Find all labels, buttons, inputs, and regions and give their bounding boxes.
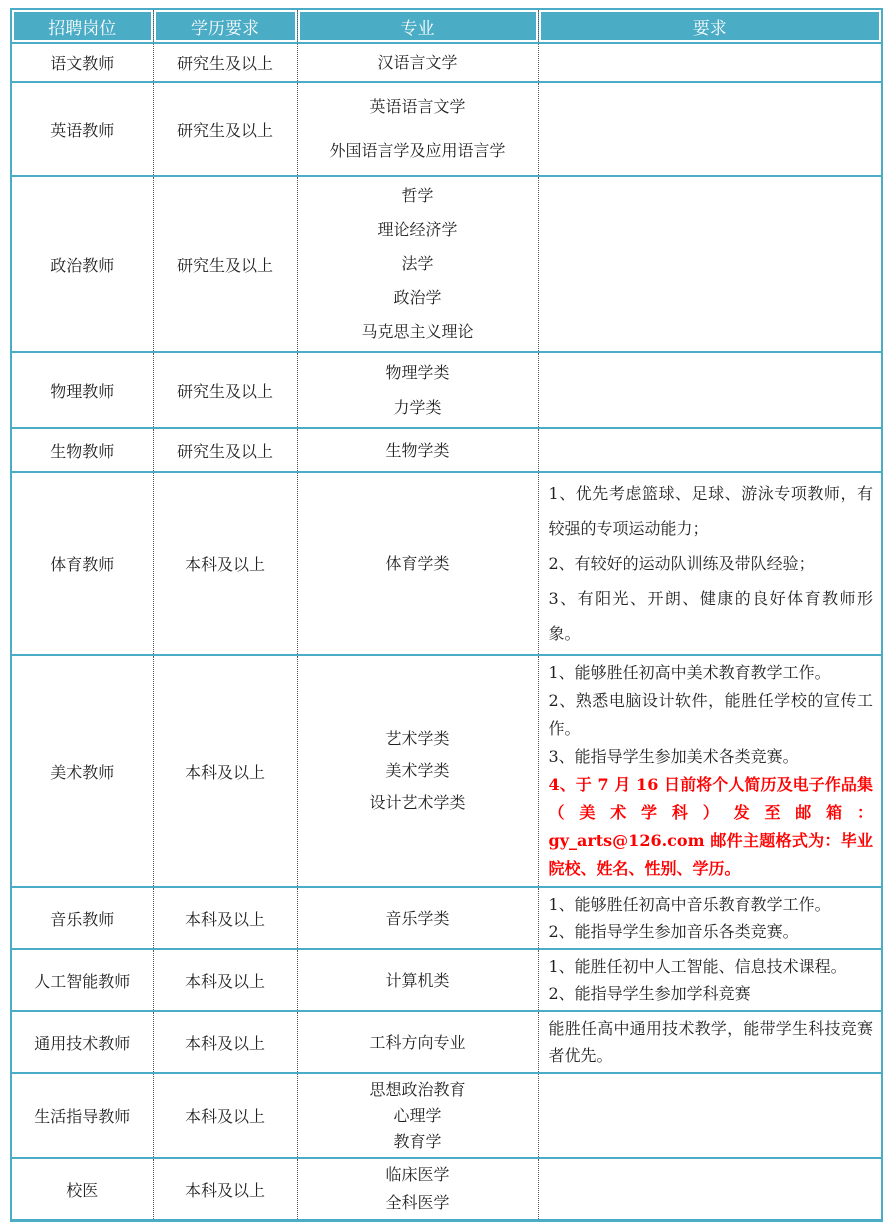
table-row: 生活指导教师 本科及以上 思想政治教育心理学教育学 [11,1073,882,1158]
education-cell: 本科及以上 [153,1158,297,1221]
requirement-item: 2、熟悉电脑设计软件，能胜任学校的宣传工作。 [549,687,874,743]
major-line: 生物学类 [302,434,534,467]
major-line: 法学 [302,247,534,281]
position-cell: 英语教师 [11,82,153,176]
table-row: 政治教师 研究生及以上 哲学理论经济学法学政治学马克思主义理论 [11,176,882,352]
major-line: 计算机类 [302,964,534,997]
position-cell: 通用技术教师 [11,1011,153,1073]
major-line: 外国语言学及应用语言学 [302,129,534,173]
education-cell: 本科及以上 [153,887,297,949]
table-row: 英语教师 研究生及以上 英语语言文学外国语言学及应用语言学 [11,82,882,176]
requirements-cell [538,352,882,428]
education-cell: 研究生及以上 [153,176,297,352]
major-line: 音乐学类 [302,902,534,935]
table-row: 美术教师 本科及以上 艺术学类美术学类设计艺术学类 1、能够胜任初高中美术教育教… [11,655,882,887]
majors-cell: 物理学类力学类 [297,352,538,428]
position-cell: 体育教师 [11,472,153,655]
table-row: 音乐教师 本科及以上 音乐学类 1、能够胜任初高中音乐教育教学工作。2、能指导学… [11,887,882,949]
major-line: 美术学类 [302,755,534,787]
education-cell: 研究生及以上 [153,43,297,82]
requirement-item: 2、有较好的运动队训练及带队经验； [549,546,874,581]
requirements-cell [538,1158,882,1221]
table-row: 人工智能教师 本科及以上 计算机类 1、能胜任初中人工智能、信息技术课程。2、能… [11,949,882,1011]
header-cell-requirements: 要求 [538,9,882,43]
requirement-item: 3、能指导学生参加美术各类竞赛。 [549,743,874,771]
table-row: 通用技术教师 本科及以上 工科方向专业 能胜任高中通用技术教学，能带学生科技竞赛… [11,1011,882,1073]
major-line: 教育学 [302,1129,534,1155]
requirements-cell [538,1073,882,1158]
major-line: 全科医学 [302,1189,534,1217]
majors-cell: 哲学理论经济学法学政治学马克思主义理论 [297,176,538,352]
requirements-cell [538,82,882,176]
table-row: 语文教师 研究生及以上 汉语言文学 [11,43,882,82]
majors-cell: 计算机类 [297,949,538,1011]
majors-cell: 音乐学类 [297,887,538,949]
header-cell-major: 专业 [297,9,538,43]
majors-cell: 英语语言文学外国语言学及应用语言学 [297,82,538,176]
major-line: 心理学 [302,1103,534,1129]
education-cell: 研究生及以上 [153,428,297,472]
requirement-item: 1、优先考虑篮球、足球、游泳专项教师，有较强的专项运动能力； [549,476,874,546]
education-cell: 本科及以上 [153,1073,297,1158]
requirements-cell [538,176,882,352]
requirements-cell: 能胜任高中通用技术教学，能带学生科技竞赛者优先。 [538,1011,882,1073]
requirements-cell [538,428,882,472]
education-cell: 本科及以上 [153,655,297,887]
position-cell: 人工智能教师 [11,949,153,1011]
position-cell: 语文教师 [11,43,153,82]
majors-cell: 艺术学类美术学类设计艺术学类 [297,655,538,887]
major-line: 临床医学 [302,1161,534,1189]
major-line: 汉语言文学 [302,46,534,79]
education-cell: 研究生及以上 [153,82,297,176]
major-line: 英语语言文学 [302,85,534,129]
table-body: 语文教师 研究生及以上 汉语言文学 英语教师 研究生及以上 英语语言文学外国语言… [11,43,882,1221]
position-cell: 政治教师 [11,176,153,352]
majors-cell: 临床医学全科医学 [297,1158,538,1221]
requirement-item: 2、能指导学生参加学科竞赛 [549,980,874,1007]
majors-cell: 体育学类 [297,472,538,655]
major-line: 设计艺术学类 [302,787,534,819]
major-line: 体育学类 [302,547,534,580]
table-header-row: 招聘岗位 学历要求 专业 要求 [11,9,882,43]
majors-cell: 思想政治教育心理学教育学 [297,1073,538,1158]
position-cell: 物理教师 [11,352,153,428]
requirement-item: 4、于 7 月 16 日前将个人简历及电子作品集（美术学科）发至邮箱：gy_ar… [549,771,874,883]
requirement-item: 1、能够胜任初高中音乐教育教学工作。 [549,891,874,918]
education-cell: 研究生及以上 [153,352,297,428]
majors-cell: 生物学类 [297,428,538,472]
education-cell: 本科及以上 [153,949,297,1011]
position-cell: 生活指导教师 [11,1073,153,1158]
major-line: 哲学 [302,179,534,213]
position-cell: 校医 [11,1158,153,1221]
majors-cell: 汉语言文学 [297,43,538,82]
major-line: 工科方向专业 [302,1026,534,1059]
position-cell: 音乐教师 [11,887,153,949]
table-row: 校医 本科及以上 临床医学全科医学 [11,1158,882,1221]
requirements-cell: 1、能够胜任初高中音乐教育教学工作。2、能指导学生参加音乐各类竞赛。 [538,887,882,949]
requirements-cell: 1、能胜任初中人工智能、信息技术课程。2、能指导学生参加学科竞赛 [538,949,882,1011]
requirement-item: 1、能够胜任初高中美术教育教学工作。 [549,659,874,687]
major-line: 力学类 [302,390,534,425]
table-row: 生物教师 研究生及以上 生物学类 [11,428,882,472]
major-line: 物理学类 [302,355,534,390]
requirement-item: 能胜任高中通用技术教学，能带学生科技竞赛者优先。 [549,1015,874,1069]
major-line: 政治学 [302,281,534,315]
recruitment-table: 招聘岗位 学历要求 专业 要求 语文教师 研究生及以上 汉语言文学 英语教师 研… [10,8,883,1222]
table-row: 物理教师 研究生及以上 物理学类力学类 [11,352,882,428]
position-cell: 生物教师 [11,428,153,472]
header-cell-position: 招聘岗位 [11,9,153,43]
major-line: 理论经济学 [302,213,534,247]
major-line: 马克思主义理论 [302,315,534,349]
requirements-cell [538,43,882,82]
requirements-cell: 1、优先考虑篮球、足球、游泳专项教师，有较强的专项运动能力；2、有较好的运动队训… [538,472,882,655]
major-line: 艺术学类 [302,723,534,755]
majors-cell: 工科方向专业 [297,1011,538,1073]
requirements-cell: 1、能够胜任初高中美术教育教学工作。2、熟悉电脑设计软件，能胜任学校的宣传工作。… [538,655,882,887]
education-cell: 本科及以上 [153,1011,297,1073]
requirement-item: 2、能指导学生参加音乐各类竞赛。 [549,918,874,945]
major-line: 思想政治教育 [302,1077,534,1103]
education-cell: 本科及以上 [153,472,297,655]
table-row: 体育教师 本科及以上 体育学类 1、优先考虑篮球、足球、游泳专项教师，有较强的专… [11,472,882,655]
requirement-item: 1、能胜任初中人工智能、信息技术课程。 [549,953,874,980]
position-cell: 美术教师 [11,655,153,887]
requirement-item: 3、有阳光、开朗、健康的良好体育教师形象。 [549,581,874,651]
header-cell-education: 学历要求 [153,9,297,43]
